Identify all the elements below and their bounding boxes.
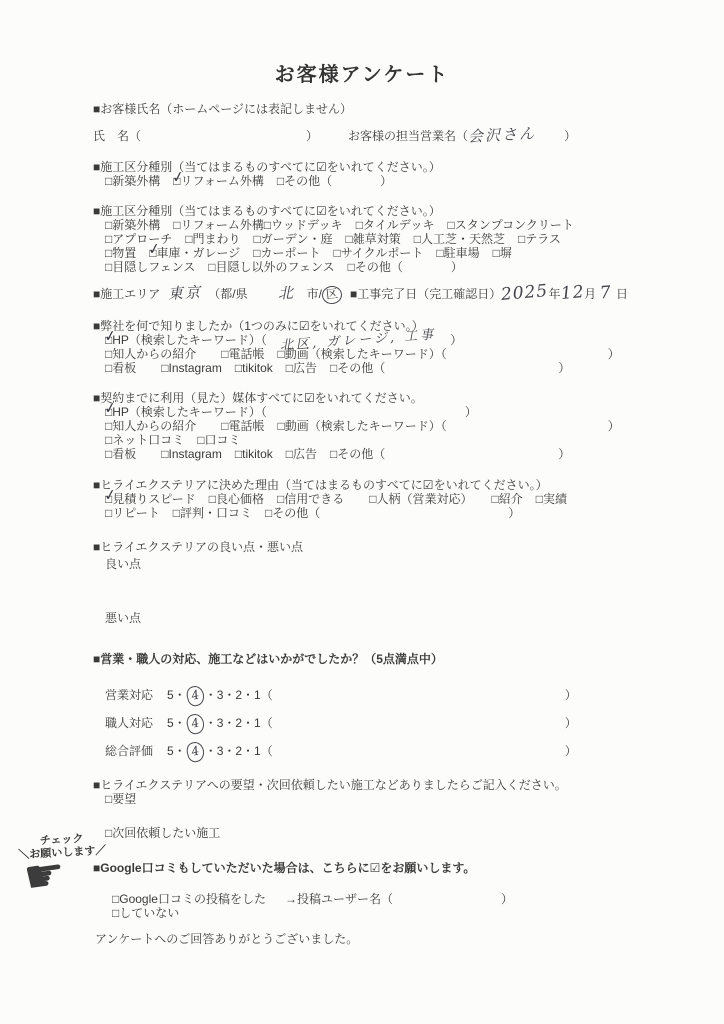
pointing-hand-icon: ☛	[21, 849, 68, 900]
option-tiktok: □tikitok	[235, 447, 273, 462]
option-gate-area: □門まわり	[185, 232, 240, 247]
category2-row1: □新築外構□リフォーム外構□ウッドデッキ□タイルデッキ□スタンプコンクリート	[105, 218, 587, 233]
option-request: □要望	[105, 792, 136, 807]
option-personality: □人柄（営業対応）	[369, 492, 478, 507]
handwritten-circle-rating: 4	[185, 740, 206, 764]
reason-heading: ■ヒライエクステリアに決めた理由（当てはまるものすべてに☑をいれてください。）	[93, 478, 548, 493]
wishes-heading: ■ヒライエクステリアへの要望・次回依頼したい施工などありましたらご記入ください。	[93, 778, 567, 793]
option-weed-control: □雑草対策	[346, 232, 401, 247]
category1-options: □新築外構□リフォーム外構□その他（ ）	[105, 174, 405, 189]
category2-row3: □物置□車庫・ガレージ□カーポート□サイクルポート□駐車場□塀	[105, 246, 525, 261]
day-unit: 日	[616, 287, 628, 301]
option-phonebook: □電話帳	[221, 419, 264, 434]
handwritten-circle-ward: 区	[321, 285, 343, 305]
option-signboard: □看板	[105, 361, 148, 376]
option-approach: □アプローチ	[105, 232, 172, 247]
google-posted-row: □Google口コミの投稿をした→投稿ユーザー名（）	[112, 892, 513, 907]
option-other: □その他（ ）	[277, 174, 392, 189]
option-reputation: □評判・口コミ	[173, 506, 252, 521]
handwritten-year: 2025	[501, 284, 549, 303]
rating-label: 営業対応	[105, 688, 153, 702]
paren-close: ）	[450, 333, 462, 347]
handwritten-month: 12	[560, 285, 585, 302]
paren-close: ）	[608, 347, 620, 361]
city-suffix: 市/	[307, 287, 322, 301]
customer-heading: ■お客様氏名（ホームページには表記しません）	[93, 102, 352, 117]
option-new-construction: □新築外構	[105, 218, 160, 233]
paren-close: ）	[564, 129, 576, 143]
category2-row2: □アプローチ□門まわり□ガーデン・庭□雑草対策□人工芝・天然芝□テラス	[105, 232, 574, 247]
paren-close: ）	[608, 419, 620, 433]
handwritten-sales-name: 会沢さん	[468, 126, 537, 145]
option-net-review: □ネット口コミ	[105, 433, 184, 448]
option-video: □動画（検索したキーワード）（	[278, 347, 447, 362]
option-other: □その他（	[330, 447, 385, 462]
handwritten-day: 7	[600, 286, 613, 302]
rating-scale-post: ・3・2・1（	[205, 716, 273, 730]
option-cycle-port: □サイクルポート	[334, 246, 424, 261]
option-reform: □リフォーム外構	[173, 174, 264, 189]
option-not-posted: □していない	[112, 906, 179, 921]
option-referral: □紹介	[492, 492, 523, 507]
option-fair-price: □良心価格	[209, 492, 264, 507]
option-video: □動画（検索したキーワード）（	[278, 419, 447, 434]
option-new-construction: □新築外構	[105, 174, 160, 189]
option-tiktok: □tikitok	[235, 361, 273, 376]
option-repeat: □リピート	[105, 506, 160, 521]
rating-row-sales: 営業対応5・4・3・2・1（）	[105, 686, 577, 706]
rating-scale-post: ・3・2・1（	[205, 688, 273, 702]
paren-close: ）	[508, 506, 520, 520]
known-row3: □看板 □Instagram□tikitok□広告□その他（）	[105, 361, 570, 376]
area-label: ■施工エリア	[93, 287, 160, 301]
paren-close: ）	[565, 744, 577, 758]
wishes-next-row: □次回依頼したい施工	[105, 826, 233, 841]
annotation-line1: チェック	[40, 833, 84, 847]
page-title: お客様アンケート	[0, 58, 724, 87]
rating-scale-pre: 5・	[167, 744, 186, 758]
option-wall: □塀	[493, 246, 512, 261]
category2-row4: □目隠しフェンス□目隠し以外のフェンス□その他（ ）	[105, 260, 476, 275]
option-terrace: □テラス	[518, 232, 561, 247]
option-ad: □広告	[286, 447, 317, 462]
paren-close: ）	[306, 129, 318, 143]
reason-row2: □リピート□評判・口コミ□その他（）	[105, 506, 520, 521]
option-tile-deck: □タイルデッキ	[356, 218, 435, 233]
option-garage: □車庫・ガレージ	[149, 246, 240, 261]
option-review: □口コミ	[197, 433, 240, 448]
paren-close: ）	[465, 405, 477, 419]
rating-label: 職人対応	[105, 716, 153, 730]
survey-document: お客様アンケート ■お客様氏名（ホームページには表記しません） 氏 名（）お客様…	[0, 0, 724, 1024]
wishes-request-row: □要望	[105, 792, 149, 807]
option-instagram: □Instagram	[161, 447, 222, 462]
paren-close: ）	[565, 716, 577, 730]
option-stamp-concrete: □スタンプコンクリート	[447, 218, 573, 233]
option-trustworthy: □信用できる	[277, 492, 356, 507]
customer-name-row: 氏 名（）お客様の担当営業名（会沢さん）	[93, 128, 576, 144]
google-heading: ■Google口コミもしていただいた場合は、こちらに☑をお願いします。	[93, 861, 475, 876]
option-reform: □リフォーム外構	[173, 218, 264, 233]
paren-close: ）	[558, 361, 570, 375]
goodbad-heading: ■ヒライエクステリアの良い点・悪い点	[93, 540, 303, 555]
option-parking: □駐車場	[436, 246, 479, 261]
option-other: □その他（ ）	[348, 260, 463, 275]
category1-heading: ■施工区分種別（当てはまるものすべてに☑をいれてください。）	[93, 160, 441, 175]
option-ad: □広告	[286, 361, 317, 376]
option-hp: □HP（検索したキーワード）（	[105, 405, 267, 420]
option-wood-deck: □ウッドデッキ	[264, 218, 343, 233]
good-points-label: 良い点	[105, 557, 141, 572]
handwritten-circle-rating: 4	[185, 712, 206, 736]
handwritten-city: 北	[277, 286, 295, 302]
bad-points-label: 悪い点	[105, 611, 141, 626]
media-heading: ■契約までに利用（見た）媒体すべてに☑をいれてください。	[93, 391, 423, 406]
option-instagram: □Instagram	[161, 361, 222, 376]
option-garden: □ガーデン・庭	[254, 232, 333, 247]
paren-close: ）	[565, 688, 577, 702]
option-hp: □HP（検索したキーワード）（	[105, 333, 267, 348]
option-signboard: □看板	[105, 447, 148, 462]
option-storage: □物置	[105, 246, 136, 261]
option-carport: □カーポート	[253, 246, 320, 261]
name-field-label: 氏 名（	[93, 129, 141, 143]
reason-row1: □見積りスピード□良心価格□信用できる □人柄（営業対応） □紹介□実績	[105, 492, 580, 507]
handwritten-circle-rating: 4	[185, 684, 206, 708]
name-field-blank	[141, 139, 306, 140]
ratings-heading: ■営業・職人の対応、施工などはいかがでしたか？（5点満点中）	[93, 652, 443, 667]
media-hp-row: □HP（検索したキーワード）（）	[105, 405, 477, 420]
option-google-posted: □Google口コミの投稿をした	[112, 892, 266, 907]
known-row2: □知人からの紹介 □電話帳□動画（検索したキーワード）（）	[105, 347, 620, 362]
media-row3: □ネット口コミ□口コミ	[105, 433, 254, 448]
rating-scale-pre: 5・	[167, 688, 186, 702]
rating-scale-pre: 5・	[167, 716, 186, 730]
option-other: □その他（	[265, 506, 320, 521]
rating-label: 総合評価	[105, 744, 153, 758]
google-not-posted-row: □していない	[112, 906, 192, 921]
paren-close: ）	[558, 447, 570, 461]
area-date-row: ■施工エリア東京（都/県北市/区■工事完了日（完工確認日）2025年12月7日	[93, 286, 628, 304]
option-referral: □知人からの紹介	[105, 347, 208, 362]
year-unit: 年	[549, 287, 561, 301]
option-quote-speed: □見積りスピード	[105, 492, 196, 507]
media-row4: □看板 □Instagram□tikitok□広告□その他（）	[105, 447, 570, 462]
rating-row-craftsman: 職人対応5・4・3・2・1（）	[105, 714, 577, 734]
option-privacy-fence: □目隠しフェンス	[105, 260, 195, 275]
prefecture-suffix: （都/県	[208, 287, 247, 301]
rating-scale-post: ・3・2・1（	[205, 744, 273, 758]
completion-date-label: ■工事完了日（完工確認日）	[350, 287, 501, 301]
category2-heading: ■施工区分種別（当てはまるものすべてに☑をいれてください。）	[93, 204, 441, 219]
media-row2: □知人からの紹介 □電話帳□動画（検索したキーワード）（）	[105, 419, 620, 434]
option-referral: □知人からの紹介	[105, 419, 208, 434]
google-user-label: →投稿ユーザー名（	[285, 892, 393, 906]
option-other: □その他（	[330, 361, 385, 376]
handwritten-prefecture: 東京	[168, 285, 203, 302]
month-unit: 月	[584, 287, 596, 301]
option-turf: □人工芝・天然芝	[414, 232, 505, 247]
thanks-message: アンケートへのご回答ありがとうございました。	[95, 932, 358, 947]
paren-close: ）	[501, 892, 513, 906]
sales-name-label: お客様の担当営業名（	[348, 129, 468, 143]
option-other-fence: □目隠し以外のフェンス	[208, 260, 334, 275]
rating-row-overall: 総合評価5・4・3・2・1（）	[105, 742, 577, 762]
known-hp-row: □HP（検索したキーワード）（北区, ガレージ, 工事）	[105, 333, 462, 348]
option-phonebook: □電話帳	[221, 347, 264, 362]
option-next-construction: □次回依頼したい施工	[105, 826, 220, 841]
option-track-record: □実績	[536, 492, 567, 507]
